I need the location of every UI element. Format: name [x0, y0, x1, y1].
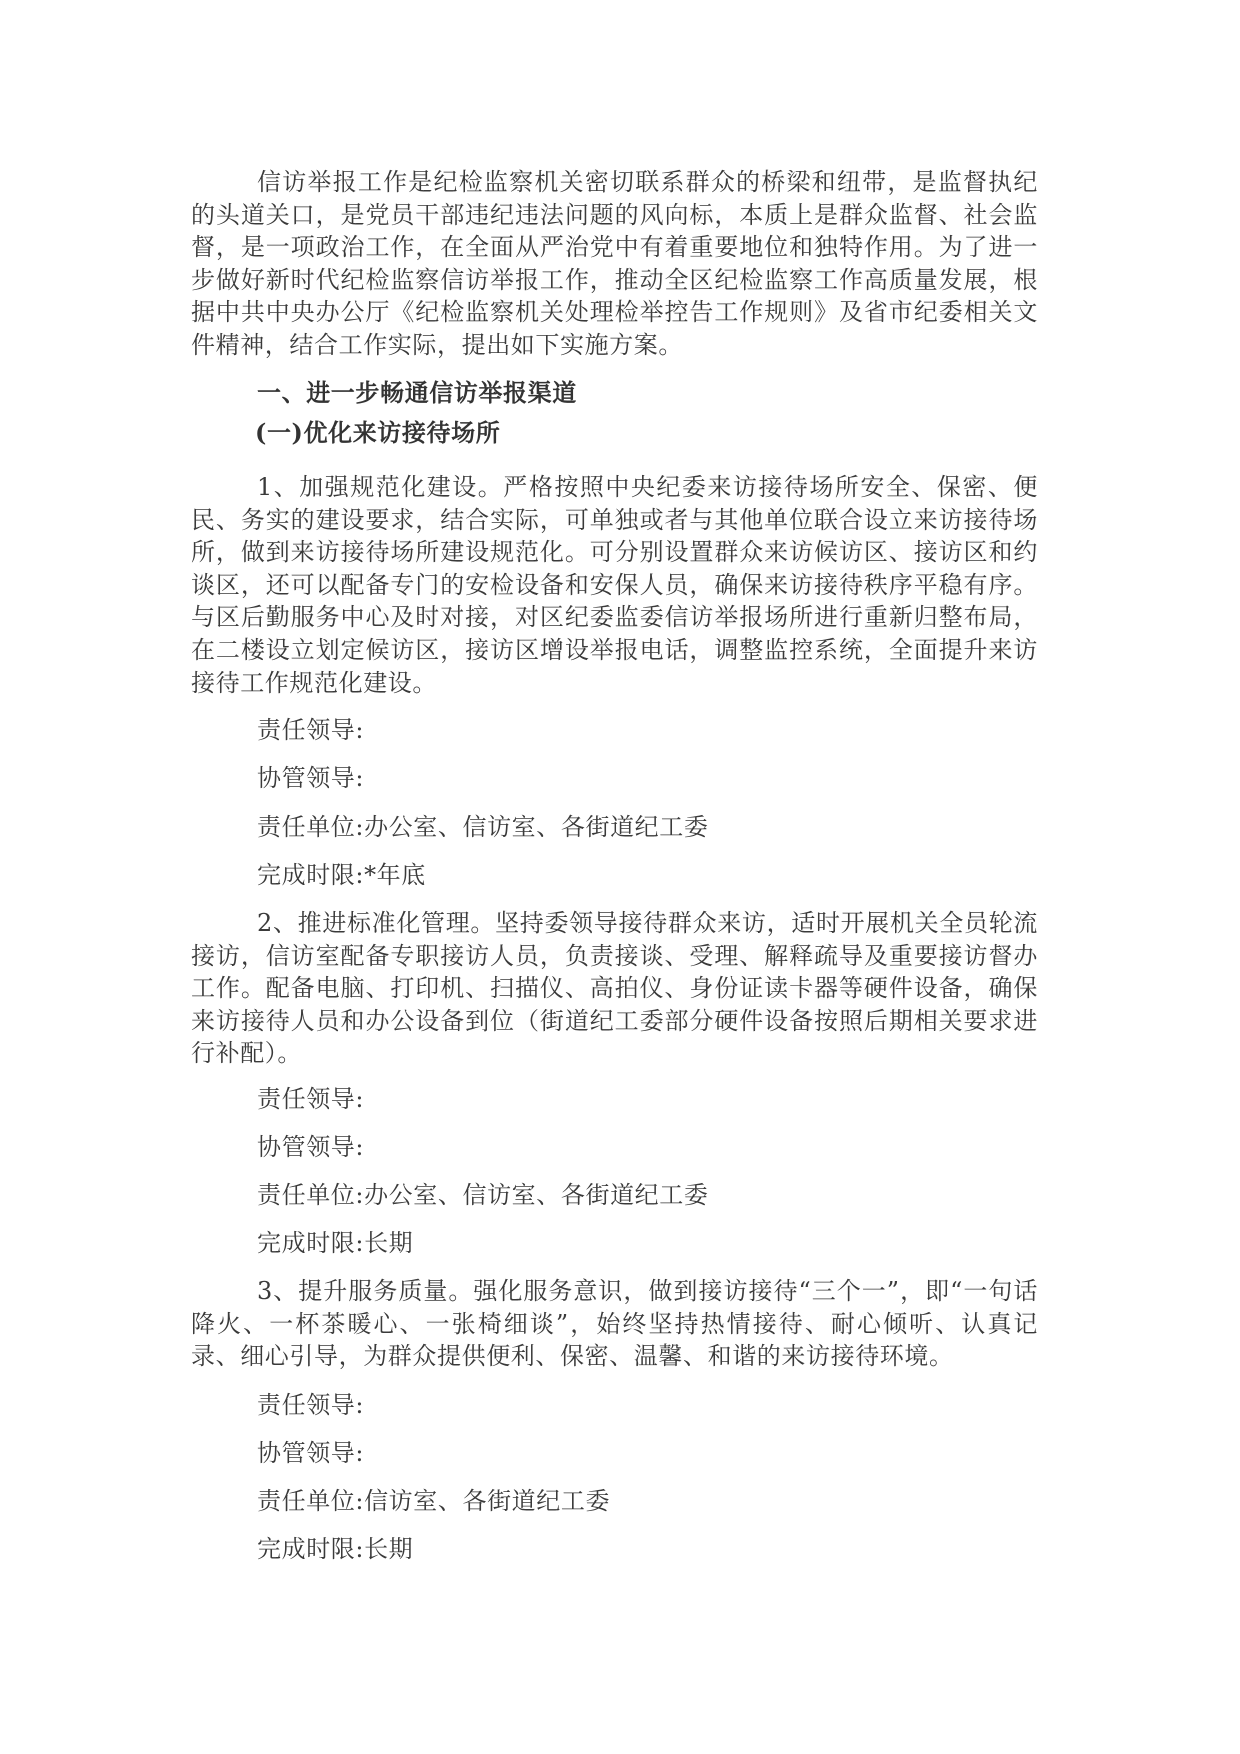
item-3-co-leader: 协管领导:: [257, 1437, 364, 1470]
item-3-lead-leader: 责任领导:: [257, 1389, 364, 1422]
item-3-paragraph: 3、提升服务质量。强化服务意识，做到接访接待“三个一”，即“一句话降火、一杯茶暖…: [191, 1275, 1038, 1373]
intro-paragraph: 信访举报工作是纪检监察机关密切联系群众的桥梁和纽带，是监督执纪的头道关口，是党员…: [191, 166, 1038, 362]
item-1-co-leader: 协管领导:: [257, 762, 364, 795]
item-1-responsible-unit: 责任单位:办公室、信访室、各街道纪工委: [257, 811, 708, 844]
item-2-paragraph: 2、推进标准化管理。坚持委领导接待群众来访，适时开展机关全员轮流接访，信访室配备…: [191, 907, 1038, 1070]
item-1-lead-leader: 责任领导:: [257, 714, 364, 747]
section-heading: 一、进一步畅通信访举报渠道: [257, 377, 577, 410]
item-3-responsible-unit: 责任单位:信访室、各街道纪工委: [257, 1485, 610, 1518]
item-1-paragraph: 1、加强规范化建设。严格按照中央纪委来访接待场所安全、保密、便民、务实的建设要求…: [191, 471, 1038, 699]
item-3-deadline: 完成时限:长期: [257, 1533, 413, 1566]
document-page: 信访举报工作是纪检监察机关密切联系群众的桥梁和纽带，是监督执纪的头道关口，是党员…: [0, 0, 1240, 1754]
item-2-co-leader: 协管领导:: [257, 1131, 364, 1164]
item-2-lead-leader: 责任领导:: [257, 1083, 364, 1116]
subsection-heading: (一)优化来访接待场所: [255, 417, 500, 450]
item-2-responsible-unit: 责任单位:办公室、信访室、各街道纪工委: [257, 1179, 708, 1212]
item-1-deadline: 完成时限:*年底: [257, 859, 426, 892]
item-2-deadline: 完成时限:长期: [257, 1227, 413, 1260]
